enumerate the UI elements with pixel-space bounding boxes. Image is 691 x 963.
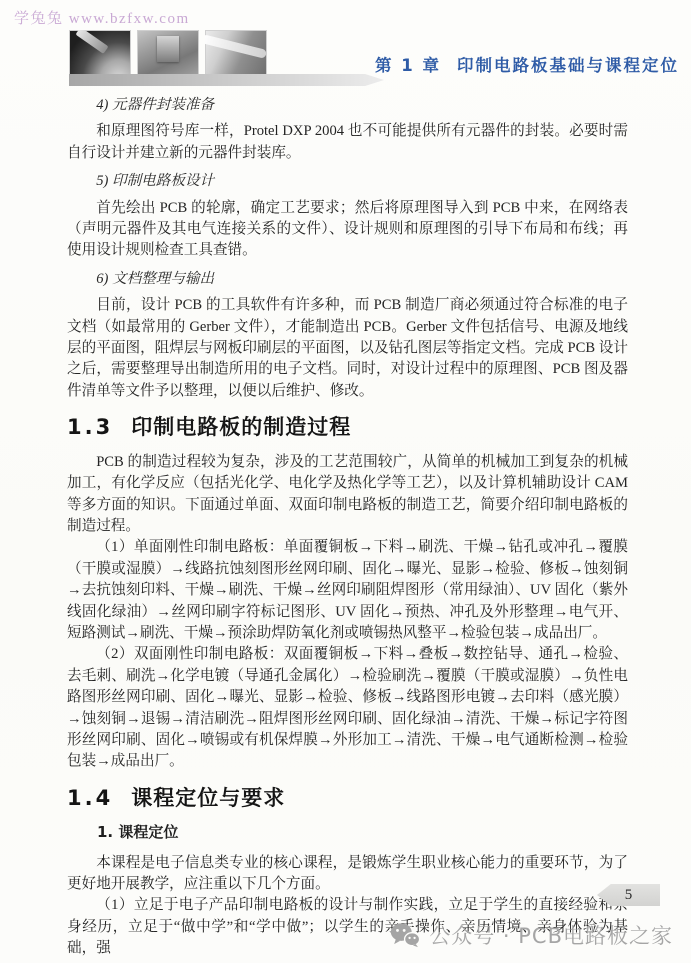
paragraph-doc-output: 目前，设计 PCB 的工具软件有许多种，而 PCB 制造厂商必须通过符合标准的电… <box>67 295 628 402</box>
book-page: 学兔兔 www.bzfxw.com 第 1 章印制电路板基础与课程定位 4) 元… <box>0 0 691 963</box>
chapter-title: 第 1 章印制电路板基础与课程定位 <box>375 52 679 76</box>
chapter-name: 印制电路板基础与课程定位 <box>457 56 679 75</box>
section-heading-1-4: 1.4课程定位与要求 <box>67 788 628 809</box>
section-heading-1-3: 1.3印制电路板的制造过程 <box>67 417 628 438</box>
subsection-heading-course-position: 1. 课程定位 <box>67 822 628 843</box>
chapter-number: 第 1 章 <box>375 56 441 75</box>
section-number-1-4: 1.4 <box>67 786 113 810</box>
paragraph-manufacture-intro: PCB 的制造过程较为复杂，涉及的工艺范围较广，从简单的机械加工到复杂的机械加工… <box>67 452 628 538</box>
subitem-heading-pcb-design: 5) 印制电路板设计 <box>67 171 628 192</box>
header-divider-bar <box>69 74 384 86</box>
subitem-heading-footprint-prep: 4) 元器件封装准备 <box>67 95 628 116</box>
section-title-1-4: 课程定位与要求 <box>131 786 285 810</box>
paragraph-single-sided-process: （1）单面刚性印制电路板：单面覆铜板→下料→刷洗、干燥→钻孔或冲孔→覆膜（干膜或… <box>67 537 628 644</box>
footer-banner: 公众号 · PCB电路板之家 <box>390 920 673 950</box>
paragraph-pcb-design: 首先绘出 PCB 的轮廓，确定工艺要求；然后将原理图导入到 PCB 中来，在网络… <box>67 198 628 262</box>
paragraph-double-sided-process: （2）双面刚性印制电路板：双面覆铜板→下料→叠板→数控钻导、通孔→检验、去毛刺、… <box>67 644 628 772</box>
paragraph-course-position: 本课程是电子信息类专业的核心课程，是锻炼学生职业核心能力的重要环节，为了更好地开… <box>67 853 628 896</box>
footer-text: 公众号 · PCB电路板之家 <box>429 920 673 950</box>
section-number-1-3: 1.3 <box>67 415 113 439</box>
header-photo-strip <box>69 30 267 76</box>
satellite-photo <box>69 30 131 76</box>
paragraph-footprint-prep: 和原理图符号库一样，Protel DXP 2004 也不可能提供所有元器件的封装… <box>67 121 628 164</box>
page-body: 4) 元器件封装准备 和原理图符号库一样，Protel DXP 2004 也不可… <box>67 88 628 960</box>
great-wall-photo <box>137 30 199 76</box>
chapter-header: 第 1 章印制电路板基础与课程定位 <box>0 28 691 88</box>
wechat-icon <box>390 922 420 948</box>
train-photo <box>205 30 267 76</box>
page-number: 5 <box>625 887 633 904</box>
section-title-1-3: 印制电路板的制造过程 <box>131 415 351 439</box>
subitem-heading-doc-output: 6) 文档整理与输出 <box>67 269 628 290</box>
watermark-text: 学兔兔 www.bzfxw.com <box>14 7 190 28</box>
